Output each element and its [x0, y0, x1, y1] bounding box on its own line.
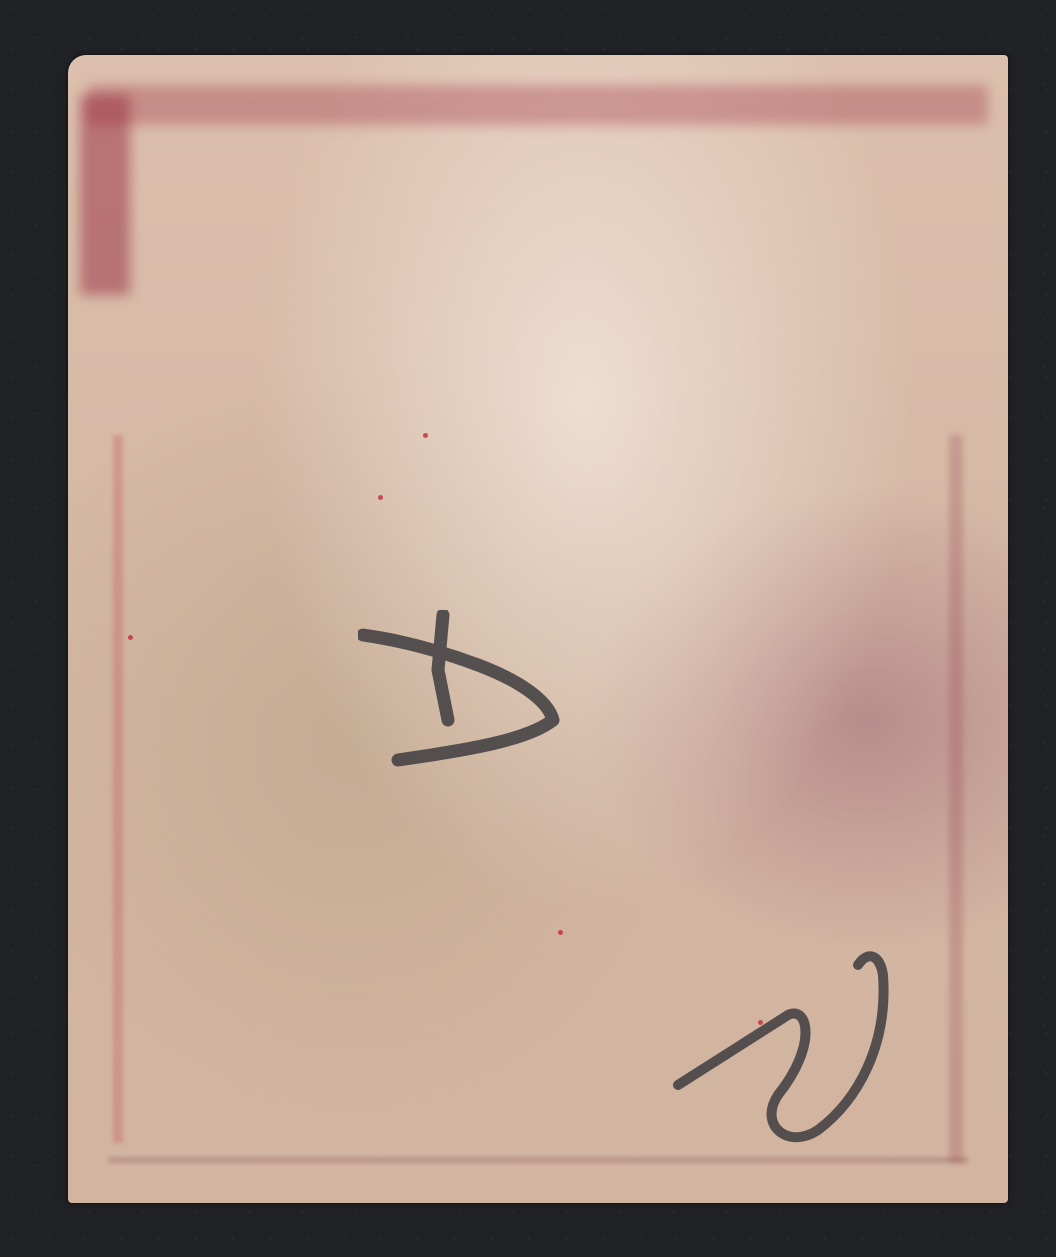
ink-speck [423, 433, 428, 438]
show-through-top-border [88, 85, 988, 125]
ink-speck [378, 495, 383, 500]
pencil-mark-r-icon [668, 935, 928, 1165]
ink-speck [558, 930, 563, 935]
show-through-left-border [80, 95, 130, 295]
pencil-mark-4-icon [358, 610, 568, 780]
stamp-reverse [68, 55, 1008, 1203]
ink-speck [128, 635, 133, 640]
show-through-right-line [949, 435, 963, 1163]
show-through-left-line [113, 435, 123, 1143]
